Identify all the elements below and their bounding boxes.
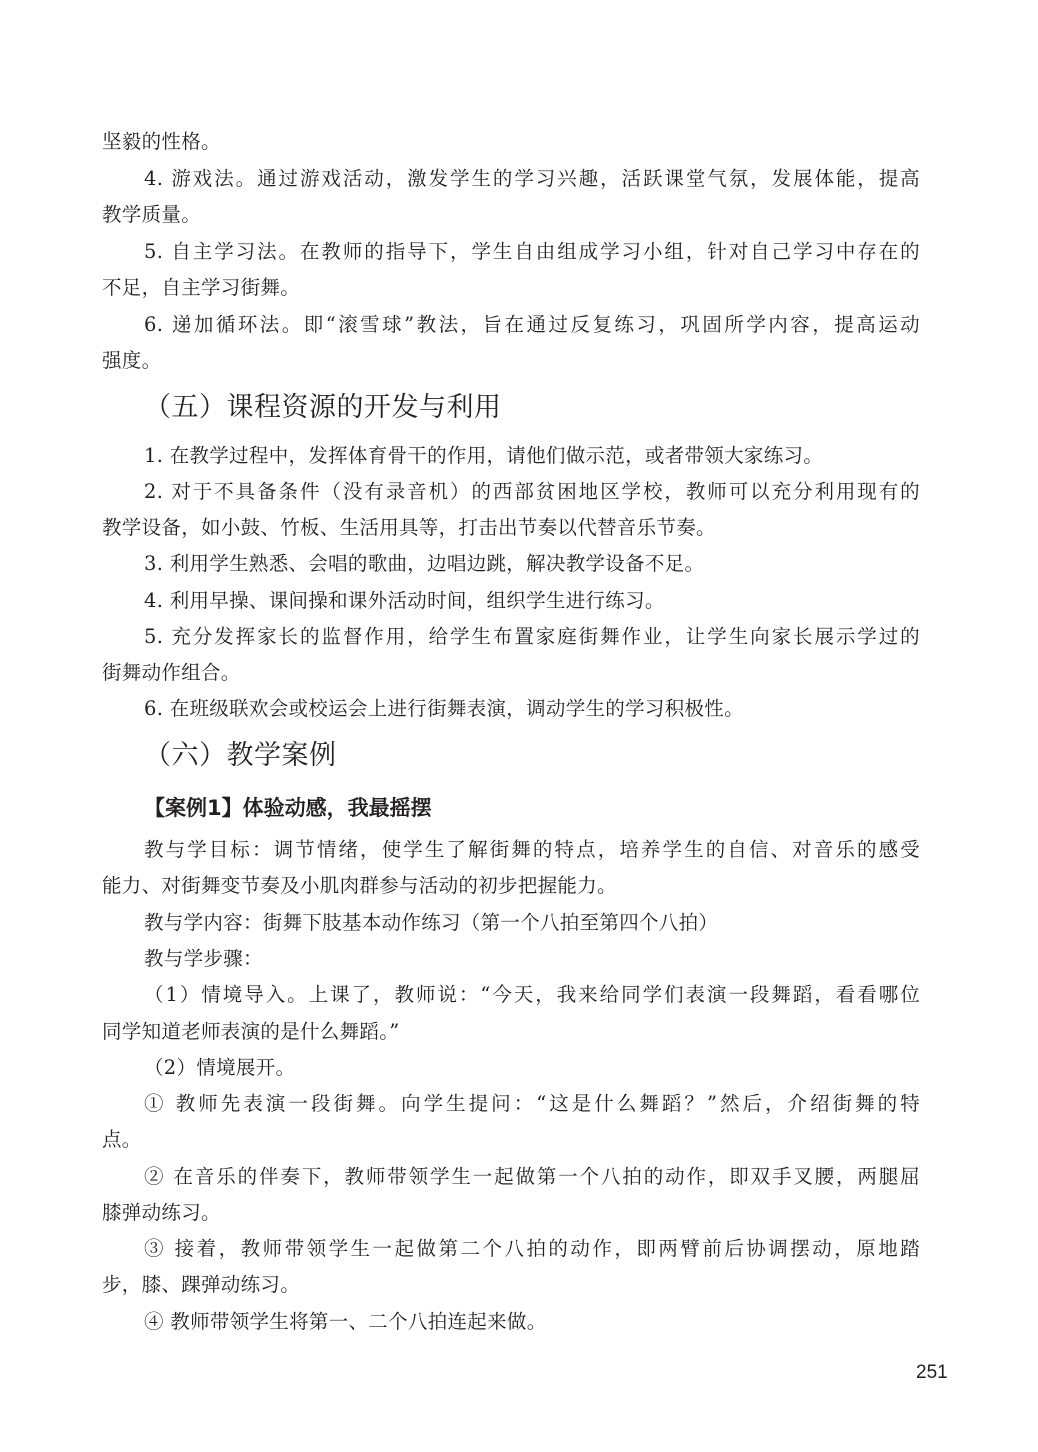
paragraph-line: 步，膝、踝弹动练习。 — [102, 1273, 300, 1297]
paragraph-line: 4. 游戏法。通过游戏活动，激发学生的学习兴趣，活跃课堂气氛，发展体能，提高 — [144, 167, 920, 191]
paragraph-line: 同学知道老师表演的是什么舞蹈。” — [102, 1020, 400, 1044]
page-number: 251 — [916, 1362, 948, 1384]
paragraph-line: ④ 教师带领学生将第一、二个八拍连起来做。 — [144, 1310, 547, 1334]
paragraph-line: 不足，自主学习街舞。 — [102, 276, 300, 300]
paragraph-line: （1）情境导入。上课了，教师说：“今天，我来给同学们表演一段舞蹈，看看哪位 — [144, 983, 920, 1007]
paragraph-line: 街舞动作组合。 — [102, 661, 241, 685]
section-heading-6: （六）教学案例 — [144, 740, 337, 772]
paragraph-line: 5. 充分发挥家长的监督作用，给学生布置家庭街舞作业，让学生向家长展示学过的 — [144, 625, 920, 649]
paragraph-line: （2）情境展开。 — [144, 1056, 295, 1080]
paragraph-line: 教学质量。 — [102, 203, 201, 227]
paragraph-line: 点。 — [102, 1128, 142, 1152]
paragraph-line: 5. 自主学习法。在教师的指导下，学生自由组成学习小组，针对自己学习中存在的 — [144, 240, 920, 264]
paragraph-line: 6. 在班级联欢会或校运会上进行街舞表演，调动学生的学习积极性。 — [144, 697, 744, 721]
paragraph-line: 能力、对街舞变节奏及小肌肉群参与活动的初步把握能力。 — [102, 874, 617, 898]
paragraph-line: 教与学目标：调节情绪，使学生了解街舞的特点，培养学生的自信、对音乐的感受 — [144, 838, 920, 862]
paragraph-line: ② 在音乐的伴奏下，教师带领学生一起做第一个八拍的动作，即双手叉腰，两腿屈 — [144, 1165, 920, 1189]
paragraph-line: 1. 在教学过程中，发挥体育骨干的作用，请他们做示范，或者带领大家练习。 — [144, 444, 823, 468]
paragraph-line: 膝弹动练习。 — [102, 1201, 221, 1225]
paragraph-line: 强度。 — [102, 349, 161, 373]
paragraph-line: ③ 接着，教师带领学生一起做第二个八拍的动作，即两臂前后协调摆动，原地踏 — [144, 1237, 920, 1261]
paragraph-line: 4. 利用早操、课间操和课外活动时间，组织学生进行练习。 — [144, 589, 665, 613]
paragraph-line: 教与学步骤： — [144, 947, 263, 971]
paragraph-line: 教与学内容：街舞下肢基本动作练习（第一个八拍至第四个八拍） — [144, 911, 718, 935]
paragraph-line: 6. 递加循环法。即“滚雪球”教法，旨在通过反复练习，巩固所学内容，提高运动 — [144, 313, 920, 337]
section-heading-5: （五）课程资源的开发与利用 — [144, 392, 502, 424]
paragraph-line: 2. 对于不具备条件（没有录音机）的西部贫困地区学校，教师可以充分利用现有的 — [144, 480, 920, 504]
paragraph-line: 3. 利用学生熟悉、会唱的歌曲，边唱边跳，解决教学设备不足。 — [144, 552, 704, 576]
paragraph-line: ① 教师先表演一段街舞。向学生提问：“这是什么舞蹈？”然后，介绍街舞的特 — [144, 1092, 920, 1116]
case-title: 【案例1】体验动感，我最摇摆 — [144, 795, 432, 821]
paragraph-line: 教学设备，如小鼓、竹板、生活用具等，打击出节奏以代替音乐节奏。 — [102, 516, 716, 540]
paragraph-line: 坚毅的性格。 — [102, 130, 221, 154]
